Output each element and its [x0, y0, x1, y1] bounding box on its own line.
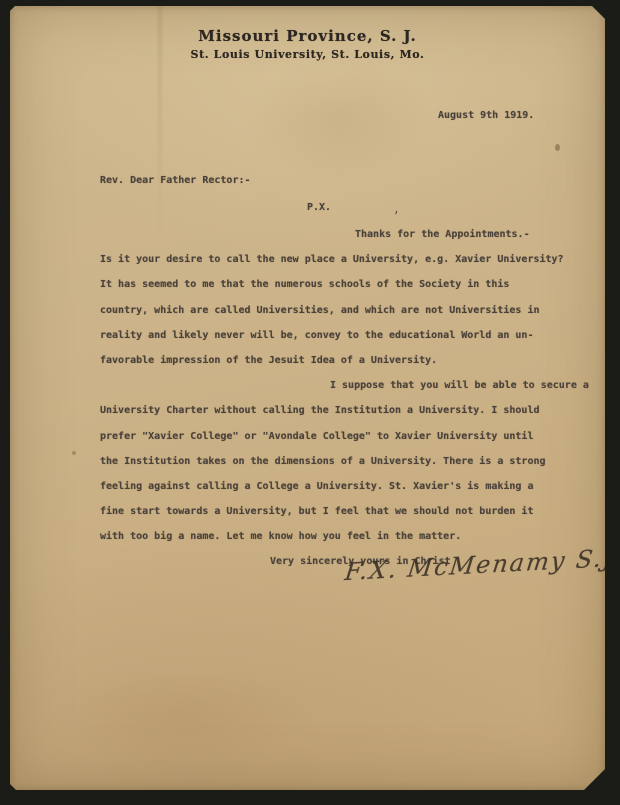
body-line: reality and likely never will be, convey… — [100, 323, 580, 348]
body-line: I suppose that you will be able to secur… — [100, 373, 580, 398]
letter-paper: Missouri Province, S. J. St. Louis Unive… — [10, 6, 605, 790]
body-line: University Charter without calling the I… — [100, 398, 580, 423]
paper-speck — [72, 451, 76, 455]
body-line: Is it your desire to call the new place … — [100, 247, 580, 272]
body-line: It has seemed to me that the numerous sc… — [100, 272, 580, 297]
paper-speck — [555, 144, 560, 151]
body-line: fine start towards a University, but I f… — [100, 499, 580, 524]
paper-stain — [50, 666, 310, 766]
body-line: country, which are called Universities, … — [100, 298, 580, 323]
letterhead: Missouri Province, S. J. St. Louis Unive… — [10, 27, 605, 61]
body-line: prefer "Xavier College" or "Avondale Col… — [100, 424, 580, 449]
salutation: Rev. Dear Father Rector:- — [100, 175, 251, 186]
letter-body: Thanks for the Appointments.- Is it your… — [100, 222, 580, 549]
body-line: the Institution takes on the dimensions … — [100, 449, 580, 474]
body-line: feeling against calling a College a Univ… — [100, 474, 580, 499]
body-line: with too big a name. Let me know how you… — [100, 524, 580, 549]
paper-stain — [245, 54, 435, 184]
body-line: favorable impression of the Jesuit Idea … — [100, 348, 580, 373]
body-line: Thanks for the Appointments.- — [100, 222, 580, 247]
date-line: August 9th 1919. — [438, 110, 534, 121]
letterhead-line1: Missouri Province, S. J. — [10, 27, 605, 45]
scanned-letter: Missouri Province, S. J. St. Louis Unive… — [0, 0, 620, 805]
letterhead-line2: St. Louis University, St. Louis, Mo. — [10, 48, 605, 61]
pax-mark: P.X. — [307, 202, 331, 213]
